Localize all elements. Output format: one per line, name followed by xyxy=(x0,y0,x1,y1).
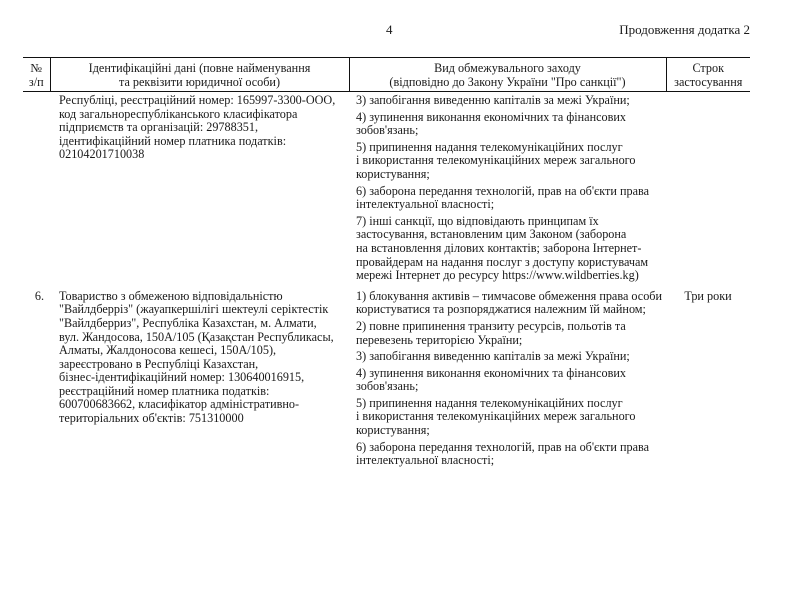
identification-line: "Вайлдберриз", Республіка Казахстан, м. … xyxy=(59,317,349,331)
row-number xyxy=(23,92,50,290)
measure-line: 2) повне припинення транзиту ресурсів, п… xyxy=(356,320,666,334)
table-row: Республіці, реєстраційний номер: 165997-… xyxy=(23,92,750,290)
restrictive-measures: 1) блокування активів – тимчасове обмеже… xyxy=(349,290,666,471)
measure-item: 4) зупинення виконання економічних та фі… xyxy=(356,111,666,138)
measure-line: зобов'язань; xyxy=(356,380,666,394)
measure-item: 6) заборона передання технологій, прав н… xyxy=(356,441,666,468)
identification-line: "Вайлдберріз" (жауапкершілігі шектеулі с… xyxy=(59,303,349,317)
table-header-row: № з/п Ідентифікаційні дані (повне наймен… xyxy=(23,58,750,92)
identification-line: Товариство з обмеженою відповідальністю xyxy=(59,290,349,304)
identification-line: 600700683662, класифікатор адміністратив… xyxy=(59,398,349,412)
measure-item: 3) запобігання виведенню капіталів за ме… xyxy=(356,94,666,108)
measure-item: 4) зупинення виконання економічних та фі… xyxy=(356,367,666,394)
measure-line: застосування, встановленим цим Законом (… xyxy=(356,228,666,242)
measure-line: 6) заборона передання технологій, прав н… xyxy=(356,185,666,199)
measure-line: 3) запобігання виведенню капіталів за ме… xyxy=(356,350,666,364)
header-measure: Вид обмежувального заходу (відповідно до… xyxy=(349,58,666,92)
measure-line: інтелектуальної власності; xyxy=(356,198,666,212)
application-term: Три роки xyxy=(666,290,750,471)
identification-line: територіальних об'єктів: 751310000 xyxy=(59,412,349,426)
measure-line: 3) запобігання виведенню капіталів за ме… xyxy=(356,94,666,108)
measure-line: 7) інші санкції, що відповідають принцип… xyxy=(356,215,666,229)
measure-line: користування; xyxy=(356,424,666,438)
application-term xyxy=(666,92,750,290)
identification-data: Товариство з обмеженою відповідальністю"… xyxy=(50,290,349,471)
identification-line: бізнес-ідентифікаційний номер: 130640016… xyxy=(59,371,349,385)
identification-line: Республіці, реєстраційний номер: 165997-… xyxy=(59,94,349,108)
identification-line: 02104201710038 xyxy=(59,148,349,162)
identification-line: ідентифікаційний номер платника податків… xyxy=(59,135,349,149)
header-term: Строк застосування xyxy=(666,58,750,92)
identification-line: Алматы, Жалдоносова кешесі, 150А/105), xyxy=(59,344,349,358)
measure-line: і використання телекомунікаційних мереж … xyxy=(356,410,666,424)
identification-line: реєстраційний номер платника податків: xyxy=(59,385,349,399)
measure-line: 6) заборона передання технологій, прав н… xyxy=(356,441,666,455)
measure-item: 5) припинення надання телекомунікаційних… xyxy=(356,141,666,182)
row-number: 6. xyxy=(23,290,50,471)
measure-line: зобов'язань; xyxy=(356,124,666,138)
measure-item: 1) блокування активів – тимчасове обмеже… xyxy=(356,290,666,317)
measure-line: і використання телекомунікаційних мереж … xyxy=(356,154,666,168)
measure-line: користуватися та розпоряджатися належним… xyxy=(356,303,666,317)
measure-item: 2) повне припинення транзиту ресурсів, п… xyxy=(356,320,666,347)
table-row: 6.Товариство з обмеженою відповідальніст… xyxy=(23,290,750,471)
identification-line: зареєстровано в Республіці Казахстан, xyxy=(59,358,349,372)
measure-line: 1) блокування активів – тимчасове обмеже… xyxy=(356,290,666,304)
identification-data: Республіці, реєстраційний номер: 165997-… xyxy=(50,92,349,290)
measure-line: користування; xyxy=(356,168,666,182)
header-number: № з/п xyxy=(23,58,50,92)
measure-line: інтелектуальної власності; xyxy=(356,454,666,468)
sanctions-table: № з/п Ідентифікаційні дані (повне наймен… xyxy=(23,57,750,471)
measure-item: 7) інші санкції, що відповідають принцип… xyxy=(356,215,666,283)
measure-line: мережі Інтернет до ресурсу https://www.w… xyxy=(356,269,666,283)
header-identification: Ідентифікаційні дані (повне найменування… xyxy=(50,58,349,92)
measure-line: 5) припинення надання телекомунікаційних… xyxy=(356,141,666,155)
identification-line: вул. Жандосова, 150А/105 (Қазақстан Респ… xyxy=(59,331,349,345)
measure-line: 4) зупинення виконання економічних та фі… xyxy=(356,111,666,125)
measure-line: 4) зупинення виконання економічних та фі… xyxy=(356,367,666,381)
restrictive-measures: 3) запобігання виведенню капіталів за ме… xyxy=(349,92,666,290)
identification-line: код загальнореспубліканського класифікат… xyxy=(59,108,349,122)
measure-line: на встановлення ділових контактів; забор… xyxy=(356,242,666,256)
measure-item: 3) запобігання виведенню капіталів за ме… xyxy=(356,350,666,364)
measure-item: 6) заборона передання технологій, прав н… xyxy=(356,185,666,212)
identification-line: підприємств та організацій: 29788351, xyxy=(59,121,349,135)
measure-line: провайдерам на надання послуг з доступу … xyxy=(356,256,666,270)
measure-item: 5) припинення надання телекомунікаційних… xyxy=(356,397,666,438)
appendix-continuation-label: Продовження додатка 2 xyxy=(619,22,750,38)
measure-line: перевезень територією України; xyxy=(356,334,666,348)
measure-line: 5) припинення надання телекомунікаційних… xyxy=(356,397,666,411)
page-number: 4 xyxy=(386,22,393,38)
